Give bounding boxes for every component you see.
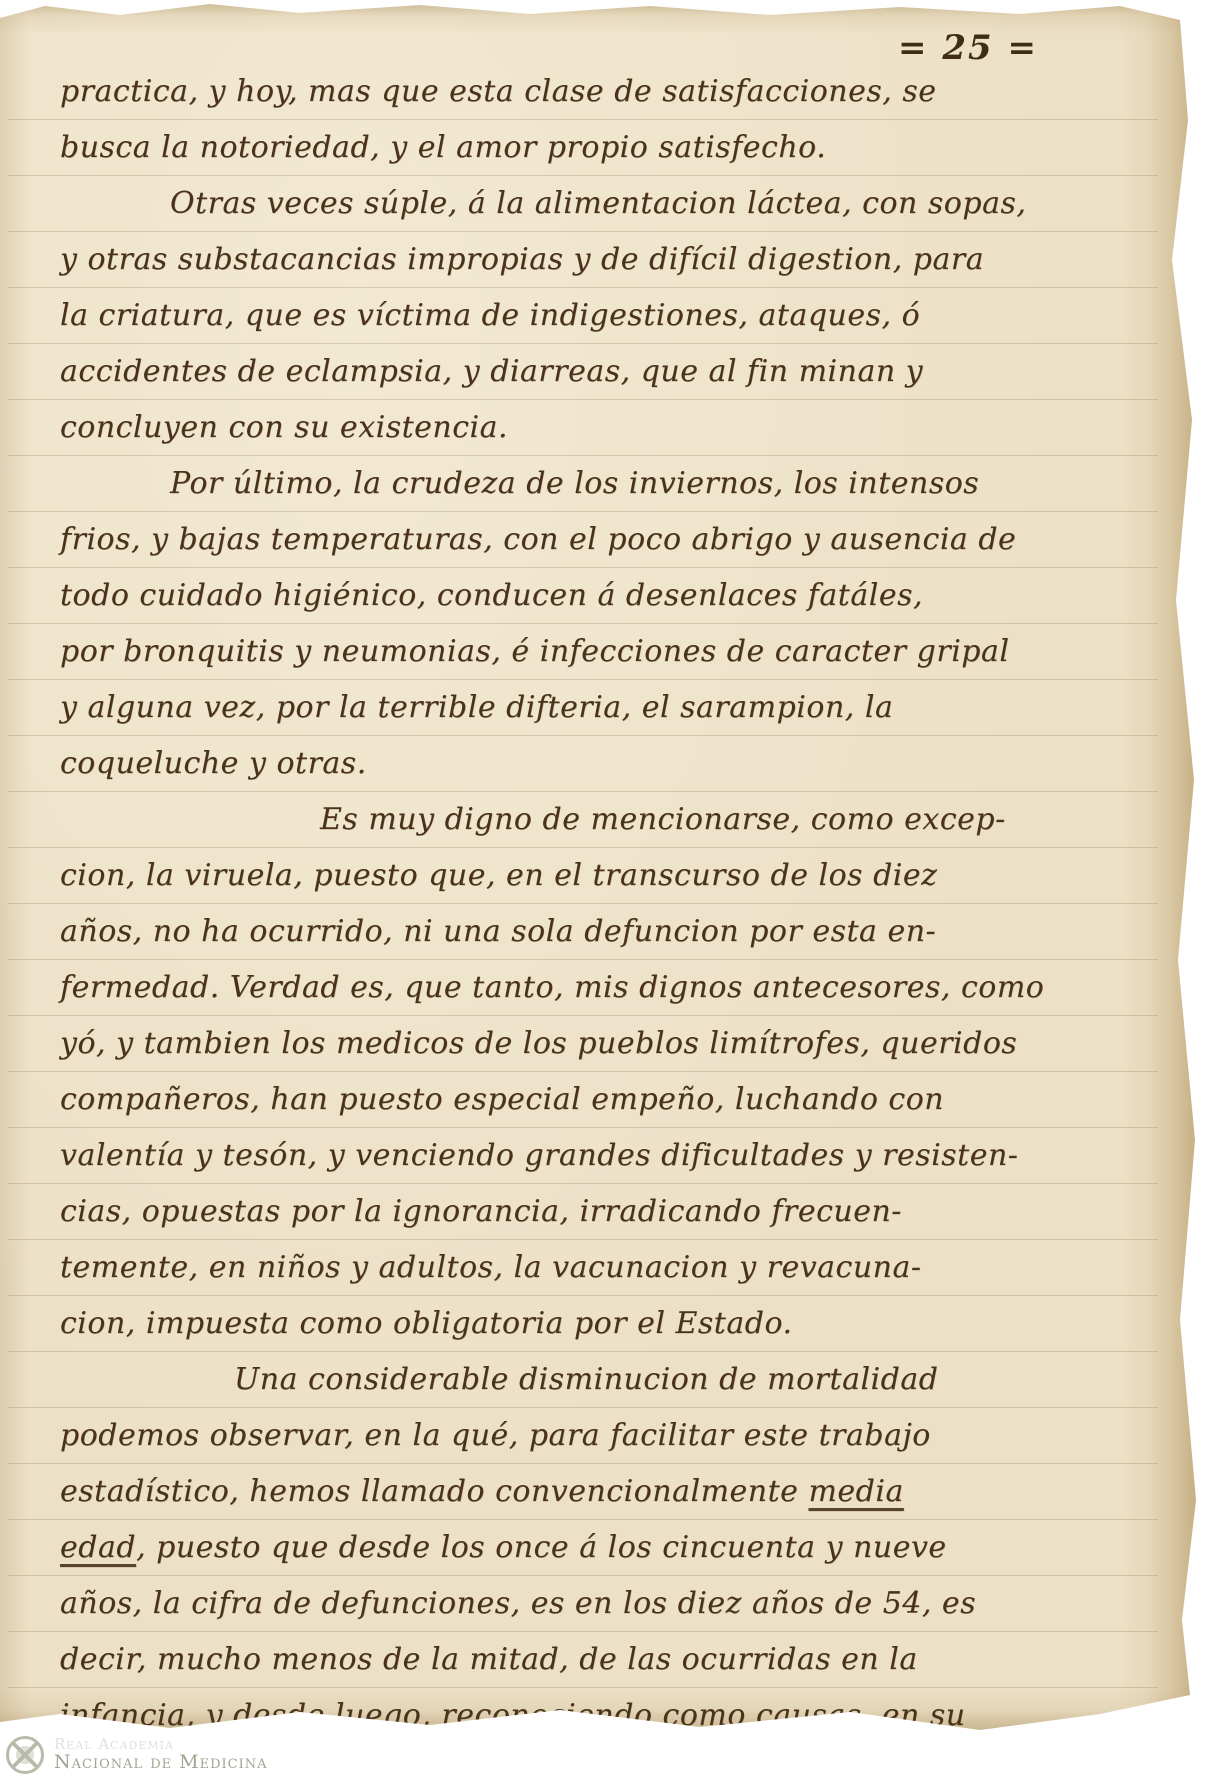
manuscript-line: Otras veces súple, á la alimentacion lác… [8,176,1158,232]
line-text: concluyen con su existencia. [60,410,508,445]
line-text: Una considerable disminucion de mortalid… [234,1362,938,1397]
manuscript-line: cion, impuesta como obligatoria por el E… [8,1296,1158,1352]
manuscript-line: por bronquitis y neumonias, é infeccione… [8,624,1158,680]
manuscript-line: años, no ha ocurrido, ni una sola defunc… [8,904,1158,960]
manuscript-lines: practica, y hoy, mas que esta clase de s… [8,64,1158,1744]
manuscript-line: todo cuidado higiénico, conducen á desen… [8,568,1158,624]
line-text: por bronquitis y neumonias, é infeccione… [60,634,1009,669]
line-text: Por último, la crudeza de los inviernos,… [170,466,979,501]
line-text: temente, en niños y adultos, la vacunaci… [60,1250,922,1285]
line-text: decir, mucho menos de la mitad, de las o… [60,1642,918,1677]
manuscript-line: Por último, la crudeza de los inviernos,… [8,456,1158,512]
manuscript-line: cias, opuestas por la ignorancia, irradi… [8,1184,1158,1240]
line-text: cias, opuestas por la ignorancia, irradi… [60,1194,902,1229]
line-text: accidentes de eclampsia, y diarreas, que… [60,354,923,389]
line-text: Otras veces súple, á la alimentacion lác… [170,186,1026,221]
manuscript-line: podemos observar, en la qué, para facili… [8,1408,1158,1464]
manuscript-line: accidentes de eclampsia, y diarreas, que… [8,344,1158,400]
line-text: coqueluche y otras. [60,746,367,781]
manuscript-line: practica, y hoy, mas que esta clase de s… [8,64,1158,120]
manuscript-line: y alguna vez, por la terrible difteria, … [8,680,1158,736]
line-text: podemos observar, en la qué, para facili… [60,1418,931,1453]
manuscript-line: y otras substacancias impropias y de dif… [8,232,1158,288]
watermark-text: Real Academia Nacional de Medicina [54,1737,268,1773]
manuscript-line: estadístico, hemos llamado convencionalm… [8,1464,1158,1520]
manuscript-line: años, la cifra de defunciones, es en los… [8,1576,1158,1632]
line-text: la criatura, que es víctima de indigesti… [60,298,920,333]
line-text: compañeros, han puesto especial empeño, … [60,1082,944,1117]
manuscript-line: edad, puesto que desde los once á los ci… [8,1520,1158,1576]
watermark: Real Academia Nacional de Medicina [6,1736,268,1774]
manuscript-line: Una considerable disminucion de mortalid… [8,1352,1158,1408]
manuscript-line: coqueluche y otras. [8,736,1158,792]
watermark-line1: Real Academia [54,1737,268,1753]
line-text: cion, la viruela, puesto que, en el tran… [60,858,937,893]
line-text: fermedad. Verdad es, que tanto, mis dign… [60,970,1044,1005]
manuscript-scan: = 25 = practica, y hoy, mas que esta cla… [0,0,1228,1790]
academy-seal-icon [6,1736,44,1774]
manuscript-line: compañeros, han puesto especial empeño, … [8,1072,1158,1128]
line-text: Es muy digno de mencionarse, como excep- [320,802,1006,837]
line-text: infancia, y desde luego, reconociendo co… [60,1698,966,1733]
manuscript-line: valentía y tesón, y venciendo grandes di… [8,1128,1158,1184]
page-number: = 25 = [898,28,1038,68]
line-text: estadístico, hemos llamado convencionalm… [60,1474,808,1509]
line-text: practica, y hoy, mas que esta clase de s… [60,74,936,109]
manuscript-line: temente, en niños y adultos, la vacunaci… [8,1240,1158,1296]
underlined-text: edad [60,1530,136,1565]
manuscript-line: yó, y tambien los medicos de los pueblos… [8,1016,1158,1072]
line-text: busca la notoriedad, y el amor propio sa… [60,130,826,165]
manuscript-line: decir, mucho menos de la mitad, de las o… [8,1632,1158,1688]
line-text: y alguna vez, por la terrible difteria, … [60,690,893,725]
line-text: valentía y tesón, y venciendo grandes di… [60,1138,1018,1173]
manuscript-line: la criatura, que es víctima de indigesti… [8,288,1158,344]
manuscript-line: concluyen con su existencia. [8,400,1158,456]
watermark-line2: Nacional de Medicina [54,1753,268,1773]
underlined-text: media [808,1474,903,1509]
line-text: frios, y bajas temperaturas, con el poco… [60,522,1016,557]
line-text: , puesto que desde los once á los cincue… [136,1530,947,1565]
line-text: años, la cifra de defunciones, es en los… [60,1586,976,1621]
manuscript-line: Es muy digno de mencionarse, como excep- [8,792,1158,848]
line-text: cion, impuesta como obligatoria por el E… [60,1306,793,1341]
manuscript-line: fermedad. Verdad es, que tanto, mis dign… [8,960,1158,1016]
manuscript-line: busca la notoriedad, y el amor propio sa… [8,120,1158,176]
manuscript-line: cion, la viruela, puesto que, en el tran… [8,848,1158,904]
line-text: y otras substacancias impropias y de dif… [60,242,984,277]
manuscript-line: frios, y bajas temperaturas, con el poco… [8,512,1158,568]
manuscript-page: = 25 = practica, y hoy, mas que esta cla… [0,0,1198,1730]
line-text: todo cuidado higiénico, conducen á desen… [60,578,923,613]
line-text: años, no ha ocurrido, ni una sola defunc… [60,914,936,949]
line-text: yó, y tambien los medicos de los pueblos… [60,1026,1017,1061]
